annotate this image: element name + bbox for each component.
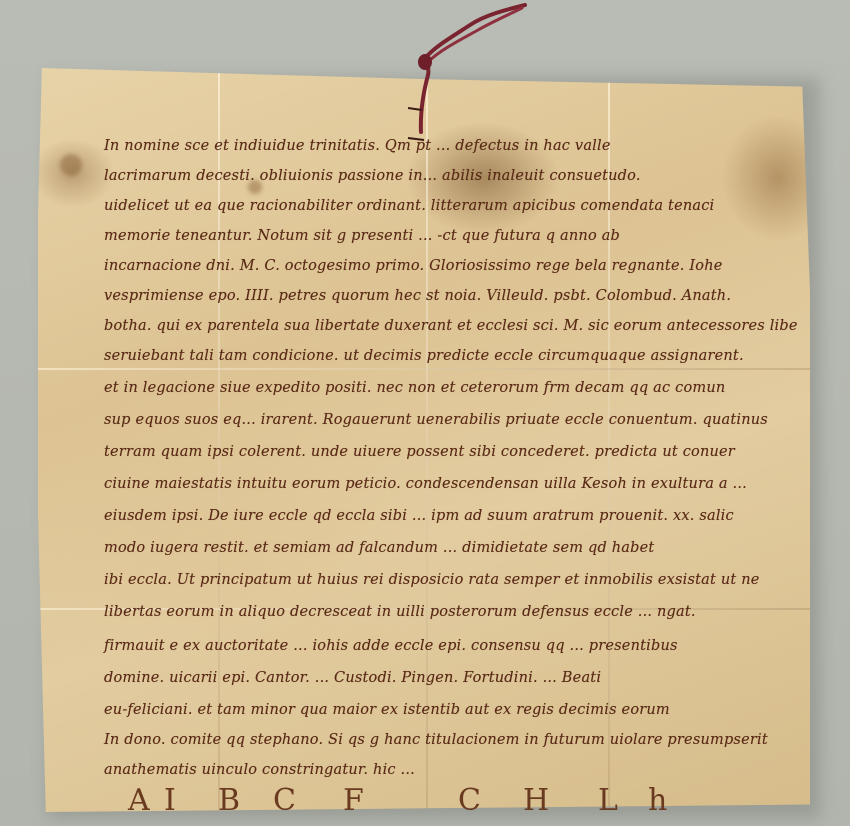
stain bbox=[60, 154, 82, 176]
text-line: firmauit e ex auctoritate ... iohis adde… bbox=[104, 638, 678, 654]
text-line: ciuine maiestatis intuitu eorum peticio.… bbox=[104, 476, 747, 492]
text-line: vesprimiense epo. IIII. petres quorum he… bbox=[104, 288, 731, 304]
chirograph-letter: h bbox=[648, 786, 667, 816]
text-line: modo iugera restit. et semiam ad falcand… bbox=[104, 540, 654, 556]
text-line: uidelicet ut ea que racionabiliter ordin… bbox=[104, 198, 714, 214]
text-line: domine. uicarii epi. Cantor. ... Custodi… bbox=[104, 670, 601, 686]
chirograph-letter: A bbox=[128, 786, 150, 816]
text-line: incarnacione dni. M. C. octogesimo primo… bbox=[104, 258, 723, 274]
chirograph-letter: I bbox=[164, 786, 176, 816]
text-line: libertas eorum in aliquo decresceat in u… bbox=[104, 604, 696, 620]
photo-stage: In nomine sce et indiuidue trinitatis. Q… bbox=[0, 0, 850, 826]
chirograph-letter: L bbox=[598, 786, 618, 816]
text-line: terram quam ipsi colerent. unde uiuere p… bbox=[104, 444, 735, 460]
chirograph-letters: A I B C F C H L h bbox=[128, 786, 778, 816]
text-line: eu-feliciani. et tam minor qua maior ex … bbox=[104, 702, 670, 718]
text-line: et in legacione siue expedito positi. ne… bbox=[104, 380, 725, 396]
text-line: seruiebant tali tam condicione. ut decim… bbox=[104, 348, 744, 364]
text-line: lacrimarum decesti. obliuionis passione … bbox=[104, 168, 641, 184]
chirograph-letter: B bbox=[218, 786, 240, 816]
text-line: eiusdem ipsi. De iure eccle qd eccla sib… bbox=[104, 508, 734, 524]
text-line: sup equos suos eq... irarent. Rogauerunt… bbox=[104, 412, 768, 428]
chirograph-letter: C bbox=[458, 786, 481, 816]
chirograph-letter: F bbox=[343, 786, 364, 816]
text-line: anathematis uinculo constringatur. hic .… bbox=[104, 762, 415, 778]
fold-line bbox=[38, 368, 810, 370]
chirograph-letter: C bbox=[273, 786, 296, 816]
text-line: memorie teneantur. Notum sit g presenti … bbox=[104, 228, 620, 244]
text-line: In nomine sce et indiuidue trinitatis. Q… bbox=[104, 138, 611, 154]
text-line: botha. qui ex parentela sua libertate du… bbox=[104, 318, 798, 334]
text-line: In dono. comite qq stephano. Si qs g han… bbox=[104, 732, 768, 748]
text-line: ibi eccla. Ut principatum ut huius rei d… bbox=[104, 572, 760, 588]
chirograph-letter: H bbox=[523, 786, 549, 816]
